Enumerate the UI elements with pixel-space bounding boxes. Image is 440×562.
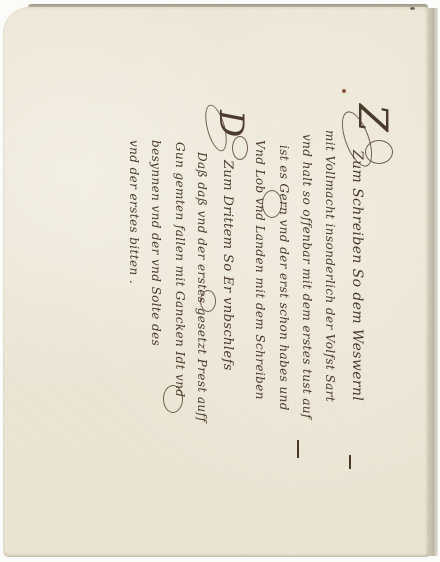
pen-stroke <box>349 455 351 469</box>
handwritten-text: Z Zum Schreiben So dem Weswernl mit Voll… <box>0 0 440 562</box>
paragraph-2-line-4: besynnen vnd der vnd Solte des <box>150 140 162 346</box>
pen-stroke <box>297 440 299 458</box>
paragraph-1-line-1: Zum Schreiben So dem Weswernl <box>350 150 364 401</box>
paragraph-1-line-4: ist es Gern vnd der erst schon habes und <box>278 145 290 411</box>
paragraph-2-line-2: Daß daß vnd der erstes gesetzt Prest auf… <box>196 152 208 422</box>
paragraph-2-line-3: Gun gemten fallen mit Gancken Idt vnd <box>174 142 186 397</box>
paragraph-2-line-5: vnd der erstes bitten . <box>128 140 140 284</box>
paragraph-1-line-5: Vnd Lob vnd Landen mit dem Schreiben <box>254 140 266 400</box>
paragraph-1-line-2: mit Vollmacht insonderlich der Volfst Sa… <box>324 130 336 402</box>
initial-flourish <box>365 140 393 164</box>
pen-flourish <box>200 290 216 312</box>
paragraph-2-line-1: Zum Drittem So Er vnbschlefs <box>221 160 234 371</box>
paragraph-1-line-3: vnd halt so offenbar mit dem erstes tust… <box>301 134 313 419</box>
pen-flourish <box>163 385 183 413</box>
initial-flourish <box>232 136 248 160</box>
pen-flourish <box>262 190 282 218</box>
manuscript-scan: Z Zum Schreiben So dem Weswernl mit Voll… <box>0 0 440 562</box>
